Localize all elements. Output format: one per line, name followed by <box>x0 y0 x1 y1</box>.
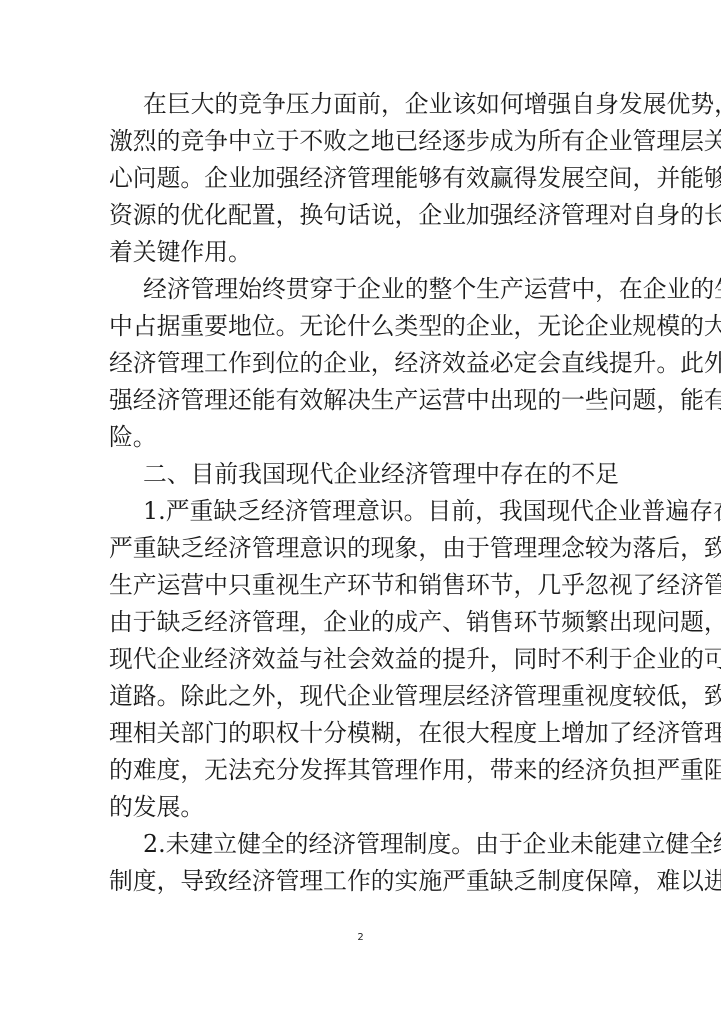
text-line: 的难度，无法充分发挥其管理作用，带来的经济负担严重阻碍了企业 <box>109 752 629 789</box>
text-line: 心问题。企业加强经济管理能够有效赢得发展空间，并能够有效保证 <box>109 160 629 197</box>
page-number: 2 <box>0 932 721 943</box>
text-line: 激烈的竞争中立于不败之地已经逐步成为所有企业管理层关注的核 <box>109 123 629 160</box>
text-line: 现代企业经济效益与社会效益的提升，同时不利于企业的可持续发展 <box>109 641 629 678</box>
text-line: 的发展。 <box>109 789 629 826</box>
document-body: 在巨大的竞争压力面前，企业该如何增强自身发展优势，并能在 激烈的竞争中立于不败之… <box>109 86 629 900</box>
text-line: 道路。除此之外，现代企业管理层经济管理重视度较低，致使经济管 <box>109 678 629 715</box>
document-page: 在巨大的竞争压力面前，企业该如何增强自身发展优势，并能在 激烈的竞争中立于不败之… <box>0 0 721 1020</box>
text-line: 2.未建立健全的经济管理制度。由于企业未能建立健全经济管理 <box>109 826 629 863</box>
text-line: 着关键作用。 <box>109 234 629 271</box>
text-line: 强经济管理还能有效解决生产运营中出现的一些问题，能有效规避风 <box>109 382 629 419</box>
text-line: 严重缺乏经济管理意识的现象，由于管理理念较为落后，致使企业在 <box>109 530 629 567</box>
text-line: 资源的优化配置，换句话说，企业加强经济管理对自身的长远发展起 <box>109 197 629 234</box>
text-line: 经济管理工作到位的企业，经济效益必定会直线提升。此外，企业加 <box>109 345 629 382</box>
text-line: 由于缺乏经济管理，企业的成产、销售环节频繁出现问题，很难保证 <box>109 604 629 641</box>
text-line: 经济管理始终贯穿于企业的整个生产运营中，在企业的生存发展 <box>109 271 629 308</box>
text-line: 1.严重缺乏经济管理意识。目前，我国现代企业普遍存在管理层 <box>109 493 629 530</box>
paragraph-management-system: 2.未建立健全的经济管理制度。由于企业未能建立健全经济管理 制度，导致经济管理工… <box>109 826 629 900</box>
text-line: 理相关部门的职权十分模糊，在很大程度上增加了经济管理工作开展 <box>109 715 629 752</box>
text-line: 在巨大的竞争压力面前，企业该如何增强自身发展优势，并能在 <box>109 86 629 123</box>
section-heading: 二、目前我国现代企业经济管理中存在的不足 <box>109 456 629 493</box>
text-line: 生产运营中只重视生产环节和销售环节，几乎忽视了经济管理工作。 <box>109 567 629 604</box>
text-line: 制度，导致经济管理工作的实施严重缺乏制度保障，难以进行。据调 <box>109 863 629 900</box>
heading-text: 二、目前我国现代企业经济管理中存在的不足 <box>109 456 629 493</box>
paragraph-economic-management-role: 经济管理始终贯穿于企业的整个生产运营中，在企业的生存发展 中占据重要地位。无论什… <box>109 271 629 456</box>
paragraph-lack-of-awareness: 1.严重缺乏经济管理意识。目前，我国现代企业普遍存在管理层 严重缺乏经济管理意识… <box>109 493 629 826</box>
text-line: 险。 <box>109 419 629 456</box>
paragraph-competition-pressure: 在巨大的竞争压力面前，企业该如何增强自身发展优势，并能在 激烈的竞争中立于不败之… <box>109 86 629 271</box>
text-line: 中占据重要地位。无论什么类型的企业，无论企业规模的大小，凡是 <box>109 308 629 345</box>
